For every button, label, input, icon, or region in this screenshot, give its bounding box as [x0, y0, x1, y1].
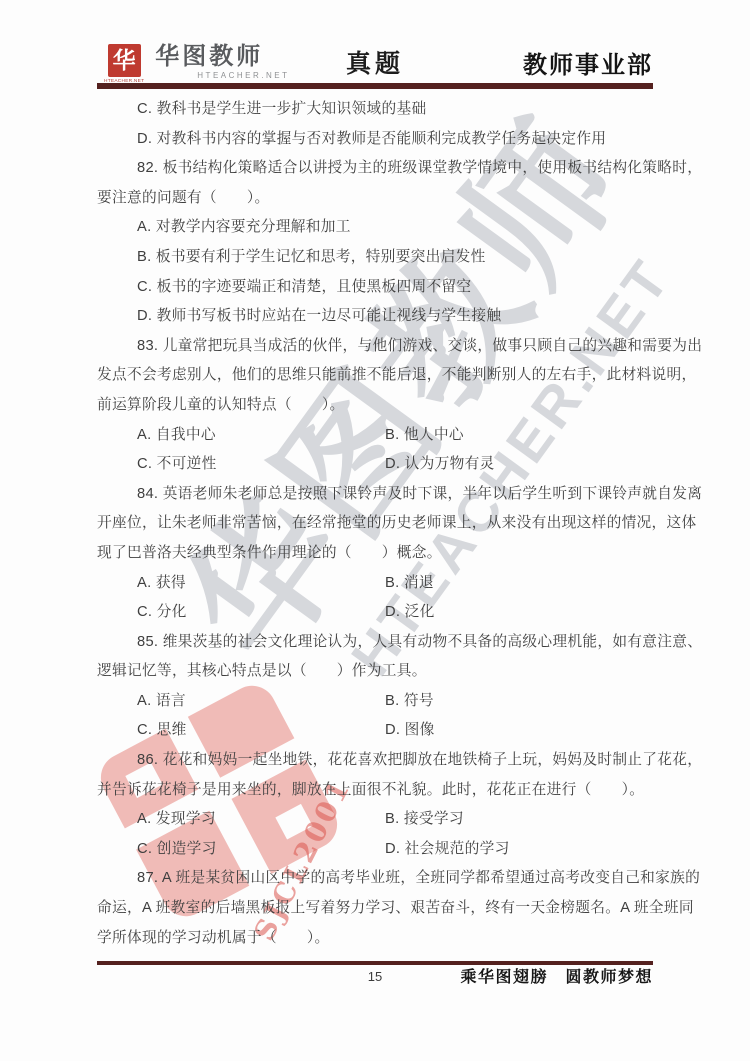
question-86-line: 86. 花花和妈妈一起坐地铁，花花喜欢把脚放在地铁椅子上玩，妈妈及时制止了花花， — [97, 746, 653, 776]
options-row: A. 发现学习 B. 接受学习 — [97, 805, 653, 835]
option-line: D. 教师书写板书时应站在一边尽可能让视线与学生接触 — [97, 302, 653, 332]
option-c: C. 分化 — [137, 598, 385, 628]
option-line: B. 板书要有利于学生记忆和思考，特别要突出启发性 — [97, 243, 653, 273]
text-line: C. 教科书是学生进一步扩大知识领域的基础 — [97, 95, 653, 125]
option-d: D. 泛化 — [385, 598, 435, 628]
option-b: B. 符号 — [385, 687, 434, 717]
question-84-line: 开座位，让朱老师非常苦恼，在经常拖堂的历史老师课上，从来没有出现这样的情况，这体 — [97, 509, 653, 539]
question-82-line: 要注意的问题有（ ）。 — [97, 184, 653, 214]
question-83-line: 发点不会考虑别人，他们的思维只能前推不能后退，不能判断别人的左右手，此材料说明， — [97, 361, 653, 391]
question-83-line: 前运算阶段儿童的认知特点（ ）。 — [97, 391, 653, 421]
question-87-line: 命运，A 班教室的后墙黑板报上写着努力学习、艰苦奋斗，终有一天金榜题名。A 班全… — [97, 894, 653, 924]
option-b: B. 他人中心 — [385, 421, 464, 451]
page-footer: 15 乘华图翅膀 圆教师梦想 — [97, 966, 653, 988]
option-d: D. 认为万物有灵 — [385, 450, 495, 480]
option-line: A. 对教学内容要充分理解和加工 — [97, 213, 653, 243]
option-line: C. 板书的字迹要端正和清楚，且使黑板四周不留空 — [97, 273, 653, 303]
page-header: 华 HTEACHER.NET 华图教师 HTEACHER.NET 真题 教师事业… — [97, 42, 653, 86]
option-c: C. 思维 — [137, 716, 385, 746]
question-82-line: 82. 板书结构化策略适合以讲授为主的班级课堂教学情境中，使用板书结构化策略时， — [97, 154, 653, 184]
options-row: C. 分化 D. 泛化 — [97, 598, 653, 628]
question-84-line: 84. 英语老师朱老师总是按照下课铃声及时下课，半年以后学生听到下课铃声就自发离 — [97, 480, 653, 510]
question-83-line: 83. 儿童常把玩具当成活的伙伴，与他们游戏、交谈，做事只顾自己的兴趣和需要为出 — [97, 332, 653, 362]
options-row: C. 不可逆性 D. 认为万物有灵 — [97, 450, 653, 480]
question-85-line: 逻辑记忆等，其核心特点是以（ ）作为工具。 — [97, 657, 653, 687]
question-87-line: 87. A 班是某贫困山区中学的高考毕业班，全班同学都希望通过高考改变自己和家族… — [97, 864, 653, 894]
footer-slogan: 乘华图翅膀 圆教师梦想 — [460, 966, 653, 988]
options-row: C. 创造学习 D. 社会规范的学习 — [97, 835, 653, 865]
option-d: D. 社会规范的学习 — [385, 835, 510, 865]
option-b: B. 接受学习 — [385, 805, 464, 835]
exam-paper-page: 华图教师 HTEACHER.NET SJCL2001 华 HTEACHER.NE… — [0, 0, 750, 1061]
options-row: C. 思维 D. 图像 — [97, 716, 653, 746]
question-86-line: 并告诉花花椅子是用来坐的，脚放在上面很不礼貌。此时，花花正在进行（ ）。 — [97, 776, 653, 806]
option-b: B. 消退 — [385, 569, 434, 599]
option-a: A. 自我中心 — [137, 421, 385, 451]
text-line: D. 对教科书内容的掌握与否对教师是否能顺利完成教学任务起决定作用 — [97, 125, 653, 155]
options-row: A. 自我中心 B. 他人中心 — [97, 421, 653, 451]
department-title: 教师事业部 — [523, 45, 653, 80]
option-d: D. 图像 — [385, 716, 435, 746]
options-row: A. 获得 B. 消退 — [97, 569, 653, 599]
question-content: C. 教科书是学生进一步扩大知识领域的基础 D. 对教科书内容的掌握与否对教师是… — [97, 95, 653, 953]
question-85-line: 85. 维果茨基的社会文化理论认为，人具有动物不具备的高级心理机能，如有意注意、 — [97, 628, 653, 658]
option-c: C. 创造学习 — [137, 835, 385, 865]
footer-rule — [97, 961, 653, 965]
options-row: A. 语言 B. 符号 — [97, 687, 653, 717]
question-87-line: 学所体现的学习动机属于（ ）。 — [97, 924, 653, 954]
option-a: A. 发现学习 — [137, 805, 385, 835]
option-a: A. 获得 — [137, 569, 385, 599]
option-a: A. 语言 — [137, 687, 385, 717]
header-rule — [97, 83, 653, 89]
question-84-line: 现了巴普洛夫经典型条件作用理论的（ ）概念。 — [97, 539, 653, 569]
option-c: C. 不可逆性 — [137, 450, 385, 480]
